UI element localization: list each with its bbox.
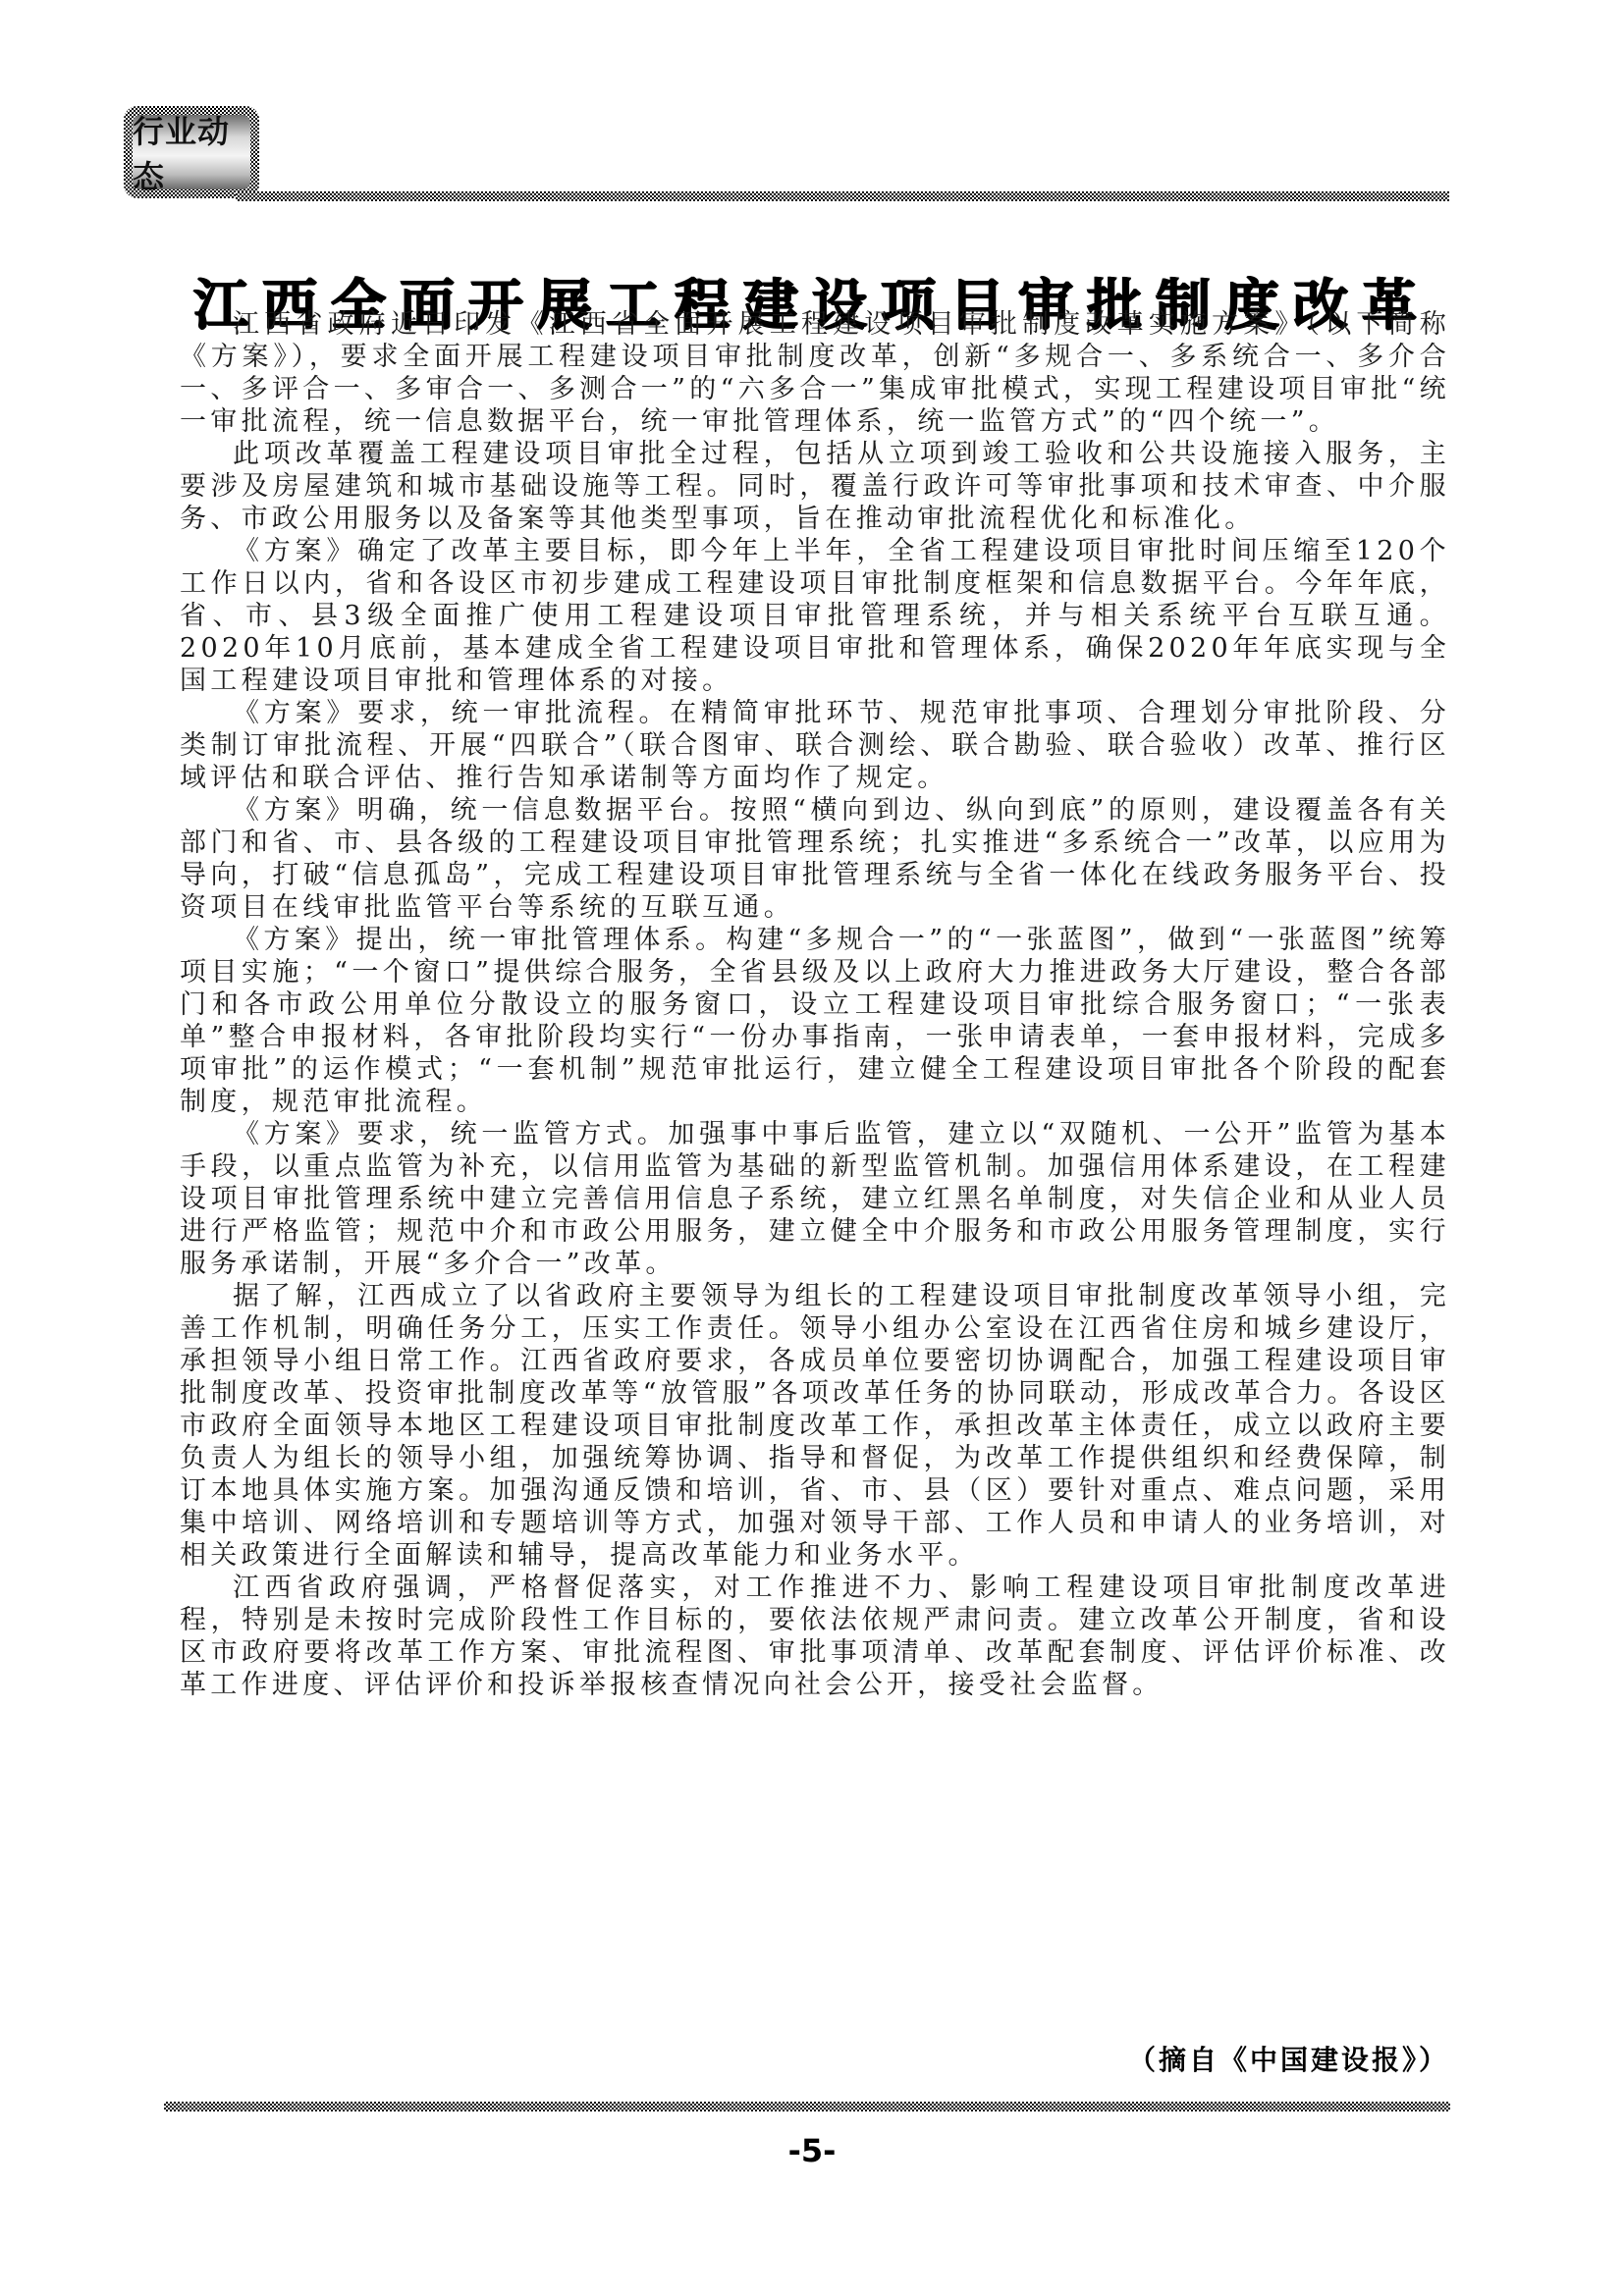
article-paragraph: 江西省政府近日印发《江西省全面开展工程建设项目审批制度改革实施方案》（以下简称《… [180, 308, 1450, 438]
article-paragraph: 《方案》明确，统一信息数据平台。按照“横向到边、纵向到底”的原则，建设覆盖各有关… [180, 794, 1450, 924]
section-label: 行业动态 [133, 107, 250, 197]
article-paragraph: 据了解，江西成立了以省政府主要领导为组长的工程建设项目审批制度改革领导小组，完善… [180, 1280, 1450, 1572]
header-divider [236, 191, 1449, 201]
article-paragraph: 《方案》提出，统一审批管理体系。构建“多规合一”的“一张蓝图”，做到“一张蓝图”… [180, 924, 1450, 1118]
article-paragraph: 《方案》确定了改革主要目标，即今年上半年，全省工程建设项目审批时间压缩至120个… [180, 535, 1450, 697]
section-badge: 行业动态 [124, 106, 259, 198]
article-paragraph: 《方案》要求，统一审批流程。在精简审批环节、规范审批事项、合理划分审批阶段、分类… [180, 697, 1450, 794]
article-body: 江西省政府近日印发《江西省全面开展工程建设项目审批制度改革实施方案》（以下简称《… [180, 308, 1450, 1701]
page-number: -5- [0, 2132, 1624, 2169]
section-badge-face: 行业动态 [133, 115, 250, 189]
article-paragraph: 江西省政府强调，严格督促落实，对工作推进不力、影响工程建设项目审批制度改革进程，… [180, 1572, 1450, 1701]
article-paragraph: 此项改革覆盖工程建设项目审批全过程，包括从立项到竣工验收和公共设施接入服务，主要… [180, 438, 1450, 535]
article-paragraph: 《方案》要求，统一监管方式。加强事中事后监管，建立以“双随机、一公开”监管为基本… [180, 1118, 1450, 1280]
article-source: （摘自《中国建设报》） [1128, 2039, 1449, 2078]
footer-divider [164, 2102, 1450, 2111]
